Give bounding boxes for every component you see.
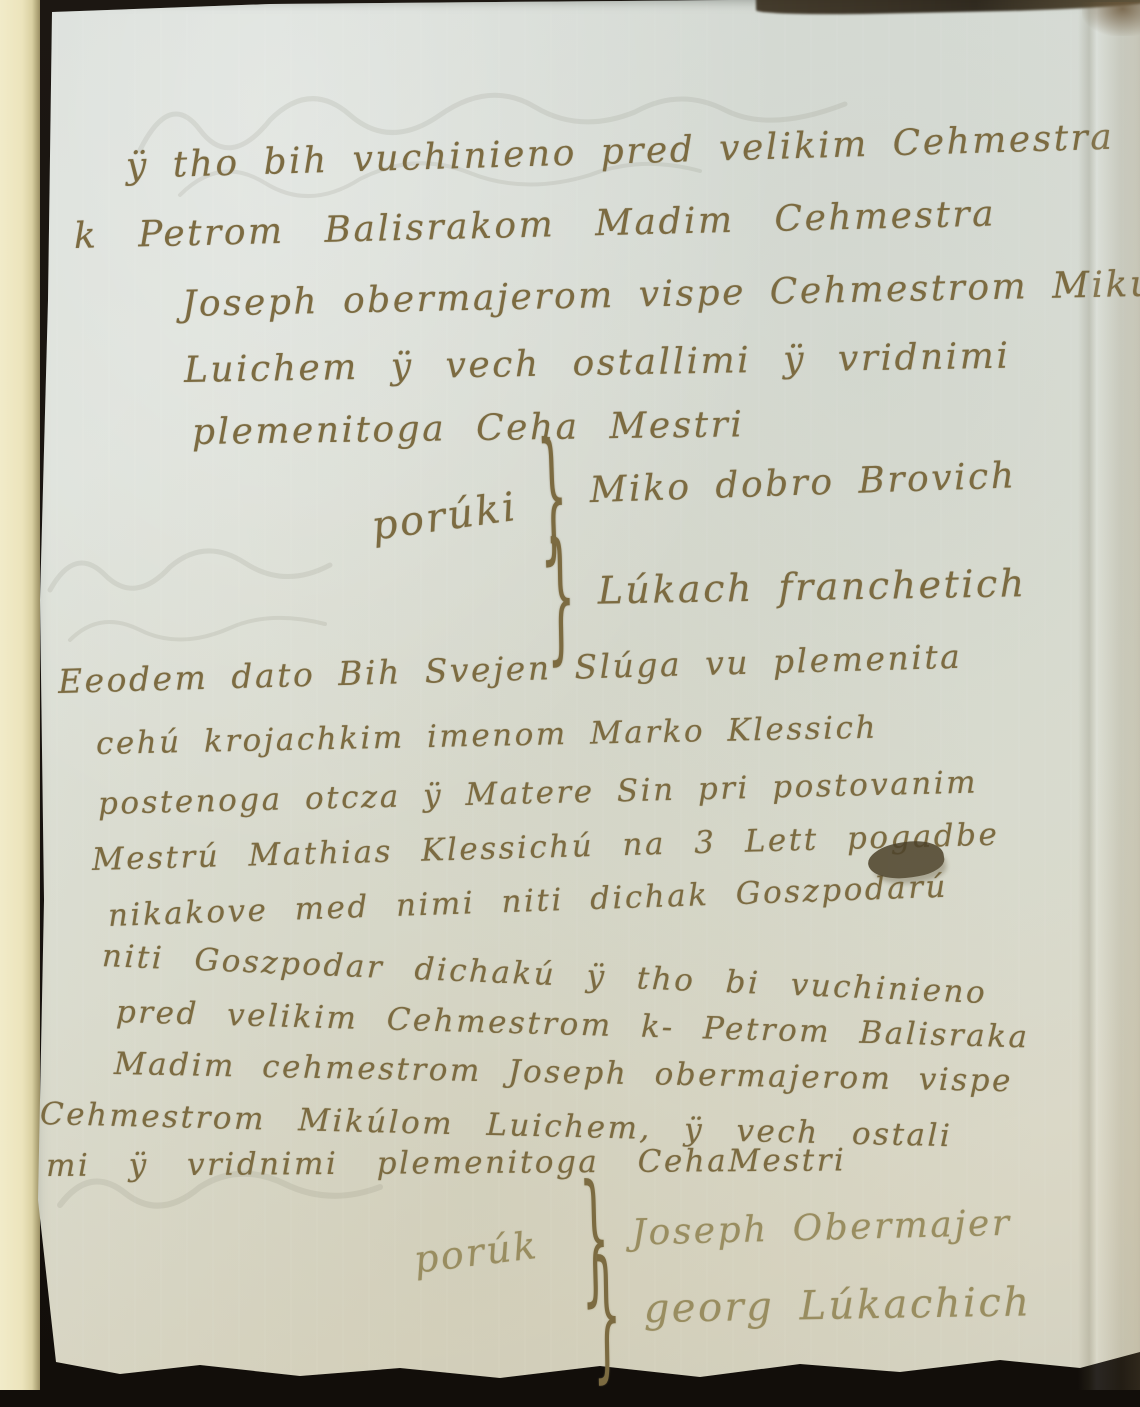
surety-name: Miko dobro Brovich [589,455,1017,511]
brace-glyph: } [591,1229,626,1397]
bleedthrough-ghost-writing [40,530,340,660]
signature-name: georg Lúkachich [643,1279,1032,1332]
signature-name: Joseph Obermajer [631,1203,1012,1254]
corner-smudge [1082,2,1140,36]
surety-name: Lúkach franchetich [597,561,1027,612]
manuscript-line: plemenitoga Ceha Mestri [192,404,745,453]
manuscript-scan: ÿ tho bih vuchinieno pred velikim Cehmes… [0,0,1140,1407]
page-crease [1078,0,1140,1390]
book-page-edge [0,0,40,1390]
manuscript-line: mi ÿ vridnimi plemenitoga CehaMestri [46,1142,847,1184]
